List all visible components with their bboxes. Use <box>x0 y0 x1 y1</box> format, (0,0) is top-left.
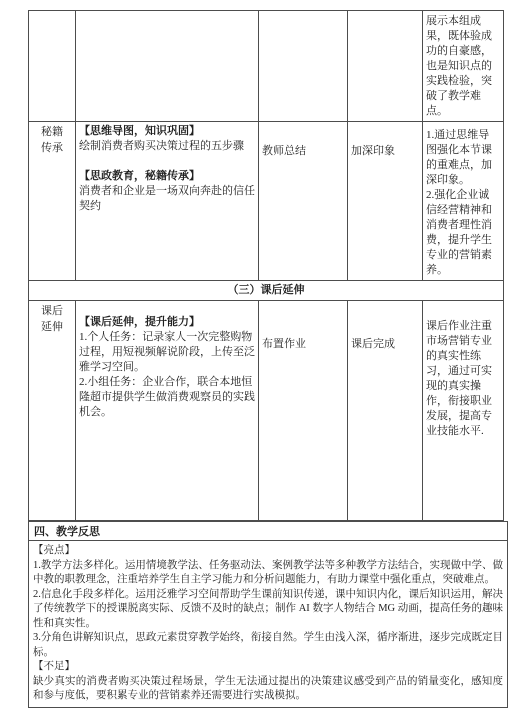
design-intent-cell: 课后作业注重市场营销专业的真实性练习，通过可实现的真实操作，衔接职业发展，提高专… <box>423 301 504 521</box>
reflection-title: 四、教学反思 <box>29 522 508 541</box>
activity-heading: 【思维导图，知识巩固】 <box>79 124 255 139</box>
reflection-section: 四、教学反思 【亮点】 1.教学方法多样化。运用情境教学法、任务驱动法、案例教学… <box>28 521 508 708</box>
teacher-activity-cell: 布置作业 <box>259 301 348 521</box>
activity-text: 1.个人任务：记录家人一次完整购物过程，用短视频解说阶段，上传至泛雅学习空间。 <box>79 330 255 375</box>
lesson-plan-table: 展示本组成果，既体验成功的自豪感，也是知识点的实践检验，突破了教学难点。 秘籍 … <box>28 10 504 521</box>
activity-text: 消费者和企业是一场双向奔赴的信任契约 <box>79 184 255 214</box>
activity-heading: 【课后延伸，提升能力】 <box>79 315 255 330</box>
section-title: （三）课后延伸 <box>29 281 504 301</box>
table-row-overflow: 展示本组成果，既体验成功的自豪感，也是知识点的实践检验，突破了教学难点。 <box>29 11 504 122</box>
document-page: 展示本组成果，既体验成功的自豪感，也是知识点的实践检验，突破了教学难点。 秘籍 … <box>0 0 531 720</box>
design-intent-cell: 1.通过思维导图强化本节课的重难点，加深印象。 2.强化企业诚信经营精神和消费者… <box>423 122 504 281</box>
activity-cell: 【思维导图，知识巩固】 绘制消费者购买决策过程的五步骤 【思政教育，秘籍传承】 … <box>76 122 259 281</box>
highlights-label: 【亮点】 <box>33 544 503 559</box>
activity-text: 2.小组任务：企业合作，联合本地恒隆超市提供学生做消费观察员的实践机会。 <box>79 375 255 420</box>
student-activity-cell: 加深印象 <box>348 122 423 281</box>
stage-cell: 秘籍 传承 <box>29 122 76 281</box>
teacher-activity-cell <box>259 11 348 122</box>
activity-cell <box>76 11 259 122</box>
shortcomings-text: 缺少真实的消费者购买决策过程场景，学生无法通过提出的决策建议感受到产品的销量变化… <box>33 675 503 704</box>
highlight-item: 3.分角色讲解知识点，思政元素贯穿教学始终，衔接自然。学生由浅入深，循序渐进，逐… <box>33 631 503 660</box>
stage-cell <box>29 11 76 122</box>
highlight-item: 1.教学方法多样化。运用情境教学法、任务驱动法、案例教学法等多种教学方法结合，实… <box>33 559 503 588</box>
section-header-row: （三）课后延伸 <box>29 281 504 301</box>
highlight-item: 2.信息化手段多样化。运用泛雅学习空间帮助学生课前知识传递，课中知识内化，课后知… <box>33 588 503 632</box>
table-row-summary: 秘籍 传承 【思维导图，知识巩固】 绘制消费者购买决策过程的五步骤 【思政教育，… <box>29 122 504 281</box>
design-intent-cell: 展示本组成果，既体验成功的自豪感，也是知识点的实践检验，突破了教学难点。 <box>423 11 504 122</box>
activity-cell: 【课后延伸，提升能力】 1.个人任务：记录家人一次完整购物过程，用短视频解说阶段… <box>76 301 259 521</box>
reflection-body: 【亮点】 1.教学方法多样化。运用情境教学法、任务驱动法、案例教学法等多种教学方… <box>29 541 508 708</box>
teacher-activity-cell: 教师总结 <box>259 122 348 281</box>
shortcomings-label: 【不足】 <box>33 660 503 675</box>
stage-cell: 课后 延伸 <box>29 301 76 521</box>
student-activity-cell: 课后完成 <box>348 301 423 521</box>
activity-text: 绘制消费者购买决策过程的五步骤 <box>79 139 255 154</box>
student-activity-cell <box>348 11 423 122</box>
activity-heading: 【思政教育，秘籍传承】 <box>79 169 255 184</box>
table-row-extension: 课后 延伸 【课后延伸，提升能力】 1.个人任务：记录家人一次完整购物过程，用短… <box>29 301 504 521</box>
reflection-title-row: 四、教学反思 <box>29 522 508 541</box>
reflection-body-row: 【亮点】 1.教学方法多样化。运用情境教学法、任务驱动法、案例教学法等多种教学方… <box>29 541 508 708</box>
